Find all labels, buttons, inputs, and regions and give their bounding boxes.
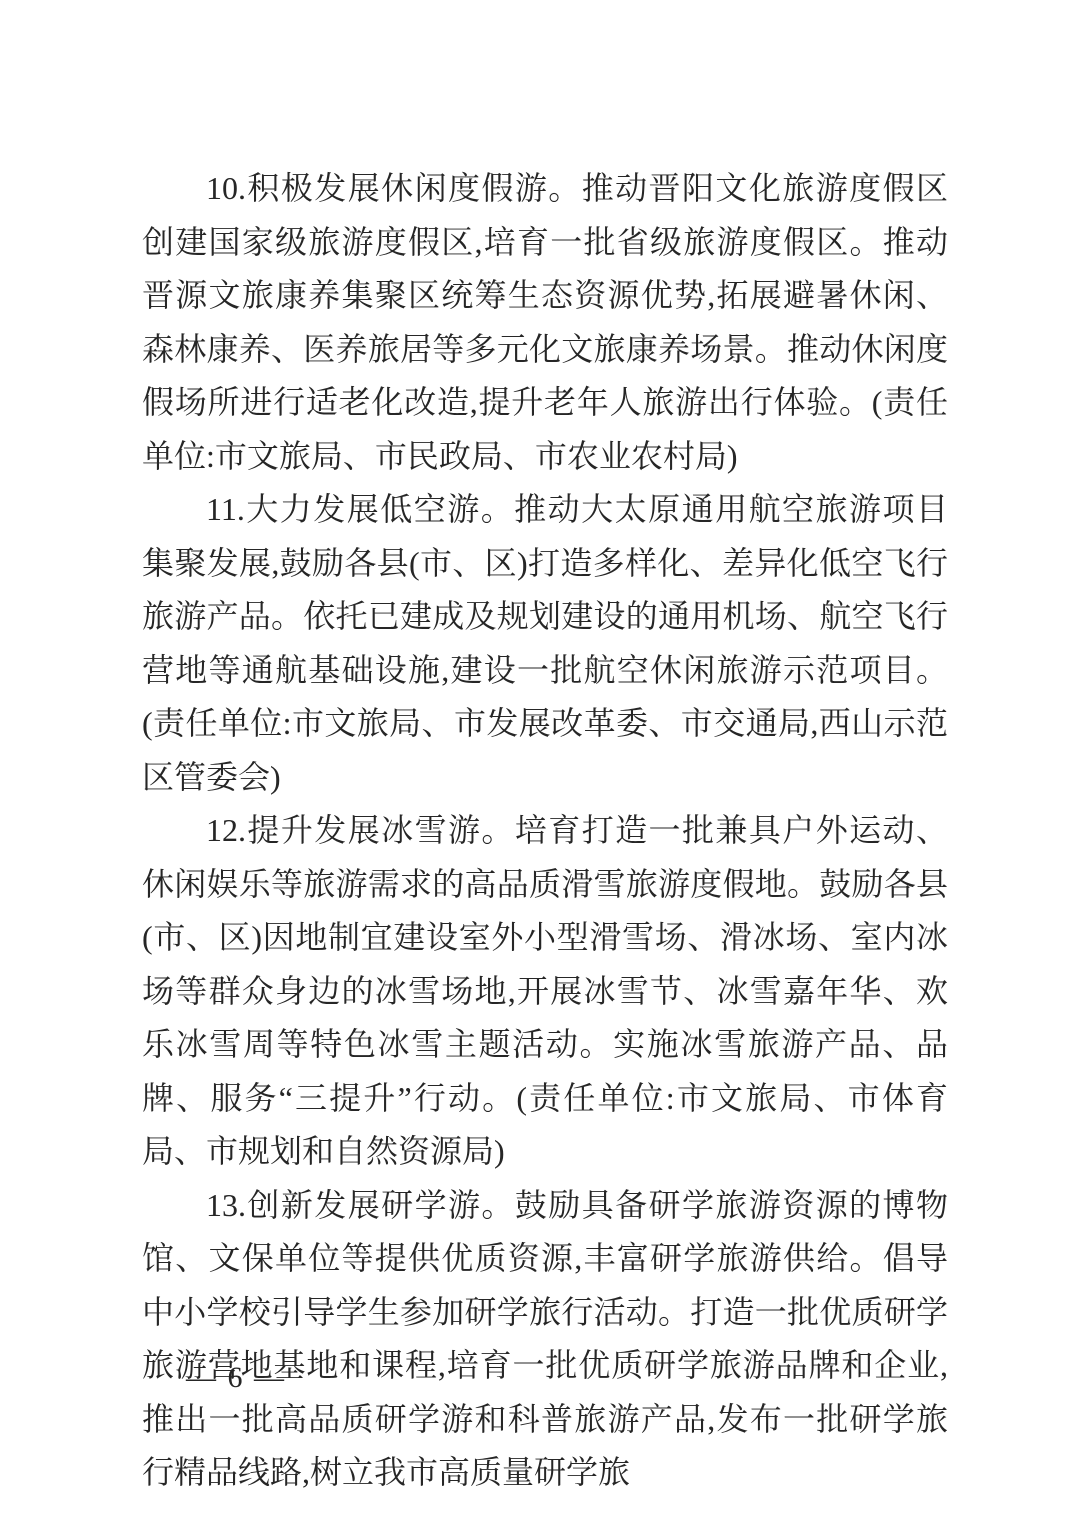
paragraph-item-12: 12.提升发展冰雪游。培育打造一批兼具户外运动、休闲娱乐等旅游需求的高品质滑雪旅… [142,804,948,1179]
page-footer: — 6 — [148,1318,286,1438]
document-page: 10.积极发展休闲度假游。推动晋阳文化旅游度假区创建国家级旅游度假区,培育一批省… [0,0,1080,1529]
page-number: — 6 — [186,1361,286,1394]
paragraph-item-10: 10.积极发展休闲度假游。推动晋阳文化旅游度假区创建国家级旅游度假区,培育一批省… [142,162,948,483]
paragraph-item-11: 11.大力发展低空游。推动大太原通用航空旅游项目集聚发展,鼓励各县(市、区)打造… [142,483,948,804]
document-body: 10.积极发展休闲度假游。推动晋阳文化旅游度假区创建国家级旅游度假区,培育一批省… [142,162,948,1500]
